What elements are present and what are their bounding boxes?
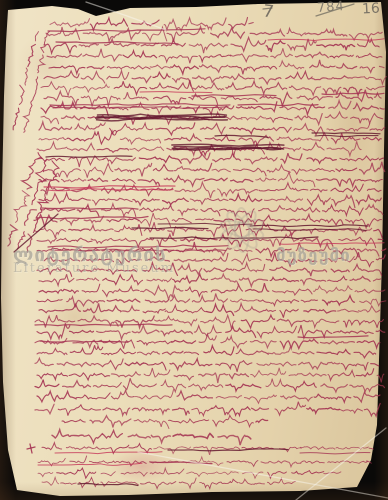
handwritten-word xyxy=(145,300,169,303)
handwritten-word xyxy=(44,43,76,53)
handwritten-word xyxy=(63,381,91,388)
handwritten-word xyxy=(359,306,380,312)
handwritten-word xyxy=(37,299,62,302)
handwritten-word xyxy=(52,430,83,438)
handwritten-word xyxy=(207,304,234,315)
handwritten-word xyxy=(139,156,181,163)
handwritten-word xyxy=(282,227,297,235)
handwritten-word xyxy=(153,72,170,79)
handwritten-word xyxy=(310,189,327,192)
handwritten-word xyxy=(341,362,368,370)
strikethrough-mark xyxy=(46,156,132,157)
handwritten-word xyxy=(137,341,172,346)
handwritten-word xyxy=(370,128,385,131)
handwritten-word xyxy=(211,406,232,415)
handwritten-word xyxy=(135,390,174,399)
handwritten-word xyxy=(286,71,312,79)
handwritten-word xyxy=(284,382,316,391)
handwritten-word xyxy=(353,77,387,85)
handwritten-word xyxy=(380,158,384,160)
handwritten-word xyxy=(357,179,382,182)
handwritten-word xyxy=(83,32,106,35)
handwritten-word xyxy=(192,408,213,416)
handwritten-word xyxy=(266,379,284,387)
handwritten-word xyxy=(83,303,120,312)
handwritten-word xyxy=(230,194,262,201)
manuscript-scan: 7 784 16 ლიტერატურის მუზეუმი Literature … xyxy=(0,0,388,500)
handwritten-word xyxy=(256,419,268,422)
handwritten-word xyxy=(324,472,341,474)
handwritten-word xyxy=(129,444,152,453)
handwritten-word xyxy=(50,19,90,27)
scribble-deletion xyxy=(172,144,284,146)
handwritten-word xyxy=(257,326,296,337)
handwritten-word xyxy=(327,123,370,131)
handwritten-word xyxy=(97,149,128,153)
handwritten-word xyxy=(70,456,87,463)
handwritten-word xyxy=(305,29,347,36)
handwritten-word xyxy=(266,117,292,122)
handwritten-word xyxy=(316,179,356,187)
handwritten-word xyxy=(39,138,66,141)
handwritten-word xyxy=(310,60,335,68)
handwritten-word xyxy=(235,263,265,272)
handwritten-word xyxy=(15,85,25,105)
handwritten-word xyxy=(317,350,350,355)
handwritten-word xyxy=(172,219,191,223)
handwritten-word xyxy=(88,178,108,182)
crossed-archive-number: 784 xyxy=(317,0,346,16)
handwritten-word xyxy=(201,208,220,215)
handwritten-word xyxy=(175,182,215,198)
handwritten-word xyxy=(141,286,183,300)
handwritten-word xyxy=(161,330,193,335)
handwritten-word xyxy=(90,416,131,428)
handwritten-word xyxy=(92,198,132,205)
handwritten-word xyxy=(357,249,379,256)
handwritten-word xyxy=(81,72,105,84)
handwritten-word xyxy=(287,28,305,35)
handwritten-word xyxy=(328,461,368,463)
handwritten-word xyxy=(90,225,114,231)
handwritten-word xyxy=(226,83,246,90)
handwritten-word xyxy=(300,447,335,450)
handwritten-word xyxy=(172,340,196,343)
strikethrough-mark xyxy=(312,133,380,134)
handwritten-word xyxy=(212,169,230,172)
underline-mark xyxy=(300,453,370,454)
handwritten-word xyxy=(193,76,221,82)
handwritten-word xyxy=(91,359,123,370)
handwritten-word xyxy=(147,278,172,282)
handwritten-word xyxy=(107,66,150,69)
handwritten-word xyxy=(144,362,166,370)
handwritten-word xyxy=(307,408,340,414)
strikethrough-mark xyxy=(35,324,172,326)
handwritten-word xyxy=(336,168,357,171)
handwritten-word xyxy=(301,278,326,284)
handwritten-word xyxy=(62,116,85,120)
handwritten-word xyxy=(273,219,300,222)
handwritten-word xyxy=(330,55,354,58)
handwritten-word xyxy=(343,320,383,328)
handwritten-word xyxy=(62,420,85,423)
handwritten-word xyxy=(241,315,274,328)
handwritten-word xyxy=(321,384,347,392)
handwritten-word xyxy=(259,206,285,212)
handwritten-word xyxy=(199,55,231,62)
handwritten-word xyxy=(150,468,184,474)
handwritten-word xyxy=(357,341,380,348)
handwritten-word xyxy=(221,336,247,347)
handwritten-word xyxy=(35,358,53,365)
handwritten-word xyxy=(165,134,201,141)
handwritten-word xyxy=(351,114,383,124)
handwritten-word xyxy=(350,384,385,392)
handwritten-word xyxy=(325,112,347,118)
handwritten-word xyxy=(369,448,373,449)
handwritten-word xyxy=(57,238,92,242)
handwritten-word xyxy=(366,205,383,215)
handwritten-word xyxy=(354,392,380,402)
strikethrough-mark xyxy=(56,42,178,44)
handwritten-word xyxy=(216,361,252,372)
handwritten-word xyxy=(301,461,325,463)
handwritten-word xyxy=(367,189,381,192)
handwritten-word xyxy=(111,372,140,377)
handwritten-word xyxy=(112,390,134,399)
handwritten-word xyxy=(279,183,308,191)
handwritten-word xyxy=(314,394,351,402)
handwritten-word xyxy=(245,395,277,403)
handwritten-word xyxy=(91,238,120,243)
handwritten-word xyxy=(322,296,354,305)
handwritten-word xyxy=(200,124,225,134)
handwritten-word xyxy=(38,473,53,477)
handwritten-word xyxy=(295,52,328,58)
handwritten-word xyxy=(164,176,204,186)
handwritten-word xyxy=(211,285,242,293)
handwritten-word xyxy=(123,378,156,389)
handwritten-word xyxy=(12,108,20,130)
handwritten-word xyxy=(340,156,379,161)
handwritten-word xyxy=(82,284,100,292)
handwritten-word xyxy=(89,461,119,463)
handwritten-word xyxy=(187,472,208,476)
handwritten-word xyxy=(84,430,122,443)
handwritten-word xyxy=(174,259,195,262)
handwritten-word xyxy=(165,305,206,313)
handwritten-word xyxy=(231,179,253,182)
handwritten-word xyxy=(293,352,314,354)
handwritten-word xyxy=(46,27,80,39)
handwritten-word xyxy=(107,218,139,221)
handwritten-word xyxy=(204,268,234,272)
handwritten-word xyxy=(103,408,130,415)
strikethrough-mark xyxy=(250,225,368,227)
handwritten-word xyxy=(329,101,351,110)
handwritten-word xyxy=(66,447,110,450)
handwritten-word xyxy=(246,283,269,292)
handwritten-word xyxy=(64,193,91,200)
handwritten-word xyxy=(70,345,103,354)
handwritten-word xyxy=(314,286,353,293)
handwritten-word xyxy=(70,330,94,333)
handwritten-word xyxy=(355,289,385,293)
handwritten-word xyxy=(178,209,197,215)
handwritten-word xyxy=(189,384,223,390)
handwritten-word xyxy=(41,116,59,124)
handwritten-word xyxy=(301,300,317,302)
handwritten-word xyxy=(199,373,228,383)
handwritten-word xyxy=(115,163,152,176)
handwritten-word xyxy=(121,472,147,476)
handwritten-word xyxy=(211,28,245,38)
underline-mark xyxy=(268,39,384,41)
strikethrough-mark xyxy=(298,336,368,338)
handwritten-word xyxy=(377,374,384,382)
handwritten-word xyxy=(231,299,258,302)
handwritten-word xyxy=(163,351,184,354)
handwritten-word xyxy=(22,68,29,85)
handwritten-word xyxy=(67,138,89,141)
handwritten-word xyxy=(221,96,257,102)
handwritten-word xyxy=(269,127,291,132)
handwritten-word xyxy=(339,409,362,413)
strikethrough-mark xyxy=(192,95,276,96)
handwritten-word xyxy=(42,443,62,450)
handwritten-word xyxy=(280,309,298,317)
handwritten-word xyxy=(178,265,202,275)
handwritten-word xyxy=(307,158,336,164)
handwritten-word xyxy=(239,278,267,286)
handwritten-word xyxy=(133,199,159,205)
strikethrough-mark xyxy=(44,186,175,188)
handwritten-word xyxy=(49,66,85,74)
strikethrough-mark xyxy=(215,135,268,137)
handwritten-word xyxy=(103,286,140,296)
handwritten-word xyxy=(367,86,385,90)
handwritten-word xyxy=(218,435,245,445)
handwritten-word xyxy=(90,18,127,30)
handwritten-word xyxy=(199,334,216,342)
handwritten-word xyxy=(208,472,238,475)
handwritten-word xyxy=(171,65,199,74)
handwritten-word xyxy=(280,107,304,110)
handwritten-word xyxy=(257,362,296,366)
handwritten-word xyxy=(138,180,159,186)
handwritten-word xyxy=(75,123,105,130)
handwritten-word xyxy=(268,347,290,354)
handwritten-word xyxy=(116,316,154,328)
handwritten-word xyxy=(60,218,79,225)
handwritten-word xyxy=(102,204,136,217)
handwritten-word xyxy=(83,49,122,61)
handwritten-word xyxy=(376,255,385,260)
handwritten-word xyxy=(137,351,159,355)
handwritten-word xyxy=(90,131,116,144)
handwritten-word xyxy=(354,351,376,358)
handwritten-word xyxy=(103,158,135,164)
handwritten-word xyxy=(229,18,248,29)
handwritten-word xyxy=(328,276,347,281)
handwritten-word xyxy=(275,402,306,415)
strikethrough-mark xyxy=(238,104,318,106)
handwritten-word xyxy=(143,309,165,313)
handwritten-word xyxy=(233,168,266,176)
handwritten-word xyxy=(204,346,234,355)
handwritten-word xyxy=(103,275,125,285)
scribble-deletion xyxy=(98,114,227,116)
handwritten-word xyxy=(141,482,176,489)
handwritten-word xyxy=(289,373,326,376)
handwritten-word xyxy=(73,85,109,92)
handwritten-word xyxy=(130,147,164,151)
handwritten-word xyxy=(304,309,336,313)
handwritten-word xyxy=(189,43,227,53)
handwritten-word xyxy=(123,51,157,58)
handwritten-word xyxy=(87,67,104,69)
handwritten-word xyxy=(193,83,224,90)
handwritten-word xyxy=(221,74,254,80)
handwritten-word xyxy=(249,23,254,24)
handwritten-word xyxy=(37,142,67,151)
handwritten-word xyxy=(201,315,236,329)
handwritten-word xyxy=(237,102,277,112)
handwritten-word xyxy=(336,447,369,449)
strikethrough-mark xyxy=(53,107,228,109)
handwritten-word xyxy=(76,393,110,399)
handwritten-word xyxy=(61,178,86,182)
handwritten-word xyxy=(277,137,308,141)
handwritten-word xyxy=(93,383,121,388)
strikethrough-mark xyxy=(315,135,378,136)
handwritten-word xyxy=(270,267,298,272)
handwritten-word xyxy=(190,198,228,204)
handwritten-word xyxy=(37,373,68,380)
handwritten-word xyxy=(107,71,129,80)
handwritten-word xyxy=(140,205,174,212)
handwritten-word xyxy=(327,141,361,155)
handwritten-word xyxy=(380,108,384,109)
handwritten-word xyxy=(61,483,77,485)
handwritten-word xyxy=(302,215,343,226)
handwritten-word xyxy=(97,331,130,339)
emblem-petal xyxy=(224,208,260,252)
handwritten-word xyxy=(376,330,385,332)
handwritten-word xyxy=(40,30,50,53)
handwritten-word xyxy=(192,294,227,303)
handwritten-word xyxy=(229,374,248,379)
handwritten-word xyxy=(349,32,382,40)
handwritten-word xyxy=(57,362,90,366)
handwritten-word xyxy=(250,341,276,348)
handwritten-word xyxy=(177,391,213,400)
strikethrough-mark xyxy=(132,227,208,228)
handwritten-word xyxy=(252,408,269,411)
handwritten-word xyxy=(231,54,268,62)
handwritten-word xyxy=(127,275,143,285)
handwritten-word xyxy=(155,316,197,325)
handwritten-word xyxy=(41,82,71,96)
handwritten-word xyxy=(44,71,79,79)
handwritten-word xyxy=(227,461,258,467)
handwritten-word xyxy=(259,234,299,247)
handwritten-word xyxy=(202,18,226,29)
handwritten-word xyxy=(267,165,290,172)
handwritten-word xyxy=(101,472,115,476)
handwritten-word xyxy=(57,468,96,478)
handwritten-word xyxy=(250,66,277,71)
handwritten-word xyxy=(79,478,98,488)
handwritten-word xyxy=(229,66,250,74)
page-number: 16 xyxy=(362,1,381,18)
handwritten-word xyxy=(259,190,278,191)
handwritten-word xyxy=(297,96,332,100)
handwritten-word xyxy=(312,76,352,80)
scratch-line xyxy=(86,2,166,30)
handwritten-word xyxy=(271,48,293,58)
handwritten-word xyxy=(39,289,78,293)
handwritten-word xyxy=(114,81,146,94)
handwritten-word xyxy=(37,391,76,402)
handwritten-word xyxy=(37,349,67,355)
watermark-georgian-2: მუზეუმი xyxy=(276,246,351,266)
handwritten-word xyxy=(151,435,170,442)
handwritten-word xyxy=(69,229,89,231)
handwritten-word xyxy=(213,415,254,426)
handwritten-word xyxy=(140,188,172,196)
handwritten-word xyxy=(77,278,99,281)
handwritten-word xyxy=(321,341,355,344)
scribble-deletion xyxy=(97,119,228,121)
handwritten-word xyxy=(163,198,189,205)
handwritten-word xyxy=(200,479,238,488)
handwritten-word xyxy=(382,249,386,251)
handwritten-word xyxy=(258,300,299,306)
handwritten-word xyxy=(279,61,304,69)
handwritten-word xyxy=(317,44,355,50)
handwritten-word xyxy=(113,179,136,184)
handwritten-word xyxy=(37,238,57,243)
handwritten-word xyxy=(150,80,194,91)
handwritten-word xyxy=(231,38,266,52)
handwritten-word xyxy=(236,349,268,355)
handwritten-word xyxy=(380,66,385,67)
handwritten-word xyxy=(353,264,381,275)
handwritten-word xyxy=(226,327,256,338)
handwritten-word xyxy=(47,54,82,58)
handwritten-word xyxy=(337,64,357,69)
handwritten-word xyxy=(338,309,359,312)
strikethrough-mark xyxy=(150,237,318,239)
handwritten-word xyxy=(360,162,385,174)
handwritten-word xyxy=(134,419,169,428)
handwritten-word xyxy=(69,373,110,380)
margin-note-rotated xyxy=(1,151,62,254)
handwritten-word xyxy=(334,331,374,334)
handwritten-word xyxy=(42,477,59,485)
handwritten-word xyxy=(120,138,160,144)
handwritten-word xyxy=(323,205,364,215)
handwritten-word xyxy=(356,195,381,205)
handwritten-word xyxy=(121,306,140,312)
handwritten-word xyxy=(156,123,195,135)
handwritten-word xyxy=(170,362,188,370)
handwritten-word xyxy=(241,116,265,120)
handwritten-word xyxy=(170,296,189,303)
handwritten-word xyxy=(245,157,277,164)
